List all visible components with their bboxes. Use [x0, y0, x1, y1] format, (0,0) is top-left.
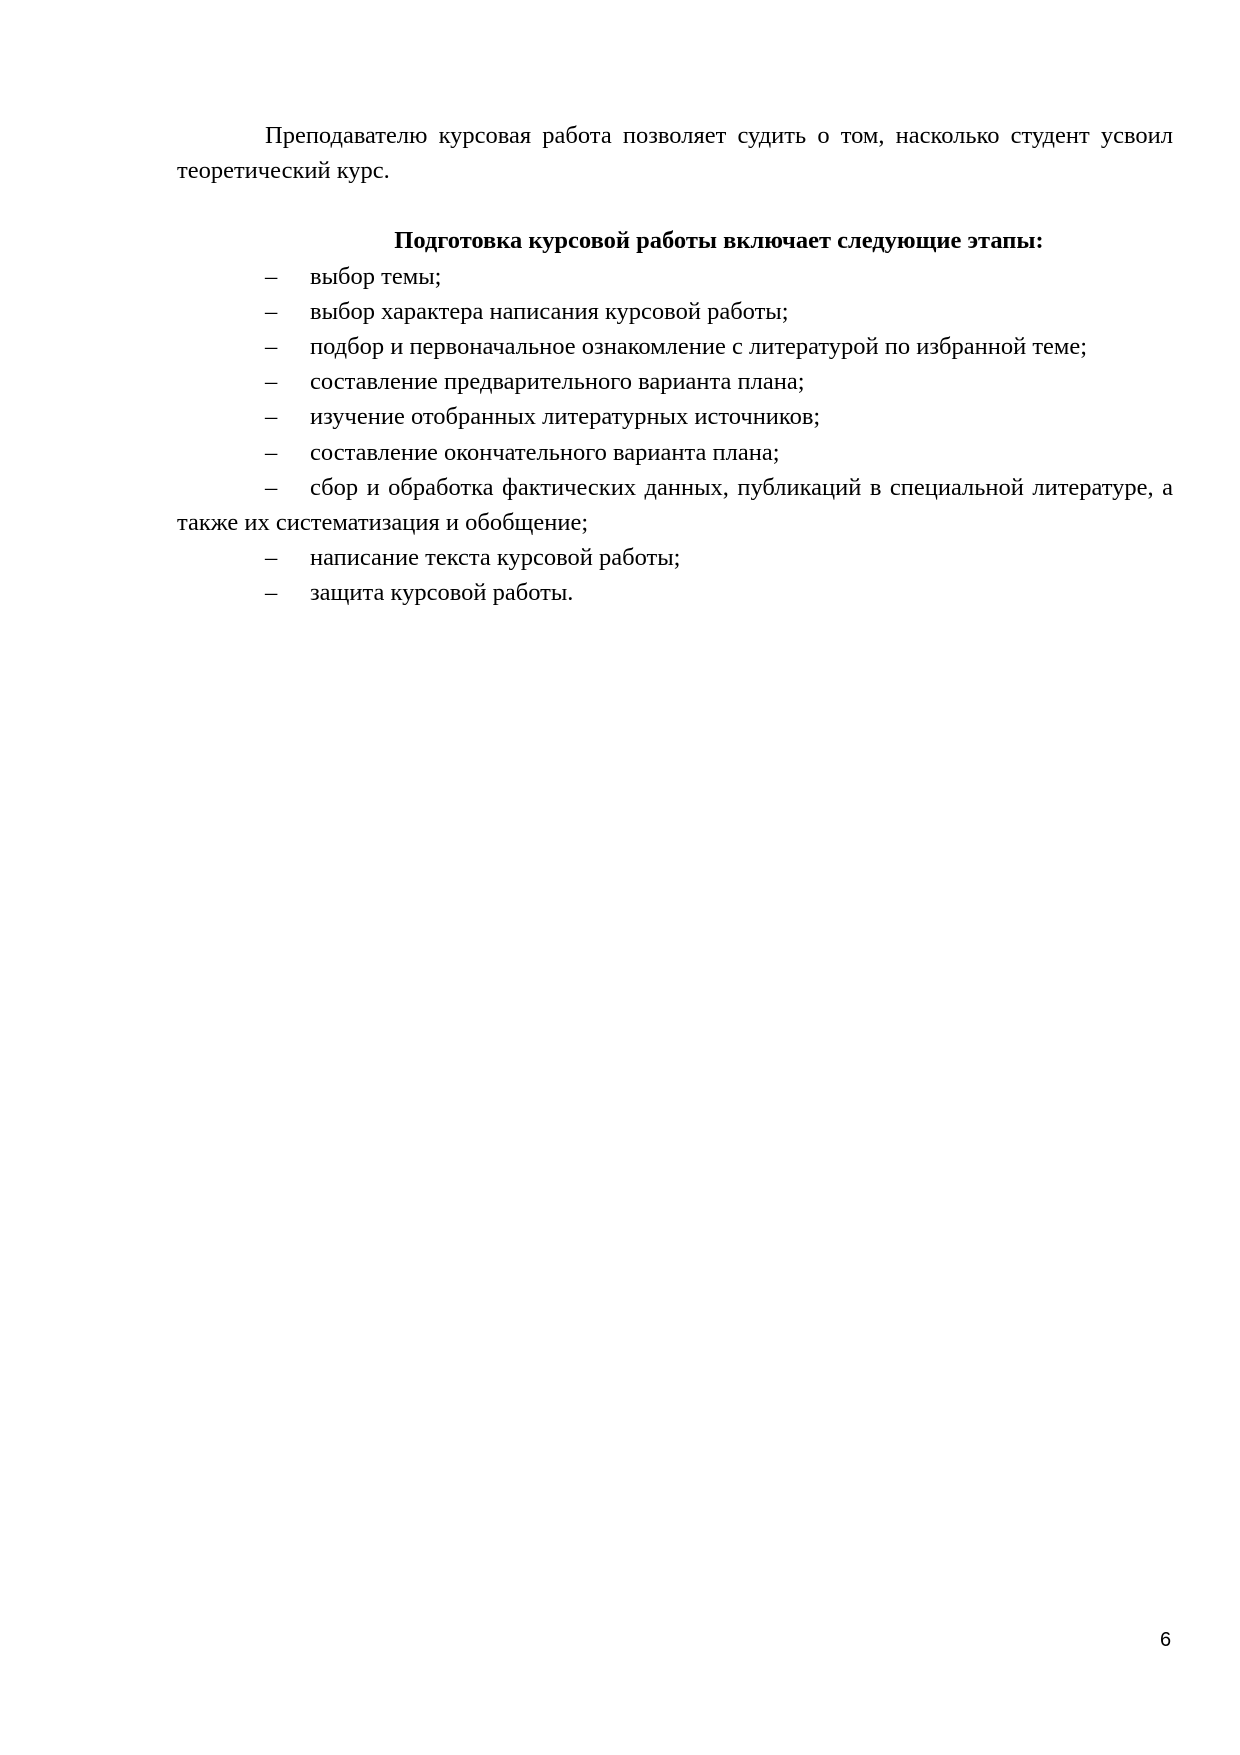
- list-item-text: написание текста курсовой работы;: [310, 544, 680, 571]
- list-item-text: изучение отобранных литературных источни…: [310, 403, 820, 430]
- list-item-text: сбор и обработка фактических данных, пуб…: [177, 474, 1173, 536]
- dash-marker: –: [265, 540, 310, 575]
- dash-marker: –: [265, 364, 310, 399]
- list-item: –изучение отобранных литературных источн…: [177, 399, 1173, 434]
- dash-marker: –: [265, 575, 310, 610]
- list-item-text: выбор характера написания курсовой работ…: [310, 298, 789, 325]
- list-item-text: составление окончательного варианта план…: [310, 439, 780, 466]
- dash-marker: –: [265, 435, 310, 470]
- list-item-text: составление предварительного варианта пл…: [310, 368, 805, 395]
- document-page: Преподавателю курсовая работа позволяет …: [0, 0, 1240, 1755]
- list-item-text: подбор и первоначальное ознакомление с л…: [310, 333, 1087, 360]
- page-body: Преподавателю курсовая работа позволяет …: [177, 118, 1173, 611]
- list-item-text: защита курсовой работы.: [310, 579, 573, 606]
- list-item: –выбор темы;: [177, 259, 1173, 294]
- list-item: –подбор и первоначальное ознакомление с …: [177, 329, 1173, 364]
- list-item: –выбор характера написания курсовой рабо…: [177, 294, 1173, 329]
- intro-paragraph: Преподавателю курсовая работа позволяет …: [177, 118, 1173, 188]
- page-number: 6: [1160, 1628, 1171, 1652]
- list-item: –защита курсовой работы.: [177, 575, 1173, 610]
- list-item: –сбор и обработка фактических данных, пу…: [177, 470, 1173, 540]
- dash-marker: –: [265, 259, 310, 294]
- list-item: –написание текста курсовой работы;: [177, 540, 1173, 575]
- list-item-text: выбор темы;: [310, 263, 441, 290]
- dash-marker: –: [265, 399, 310, 434]
- dash-marker: –: [265, 470, 310, 505]
- dash-marker: –: [265, 294, 310, 329]
- list-item: –составление окончательного варианта пла…: [177, 435, 1173, 470]
- list-item: –составление предварительного варианта п…: [177, 364, 1173, 399]
- stages-list: –выбор темы; –выбор характера написания …: [177, 259, 1173, 611]
- dash-marker: –: [265, 329, 310, 364]
- section-heading: Подготовка курсовой работы включает след…: [177, 223, 1173, 258]
